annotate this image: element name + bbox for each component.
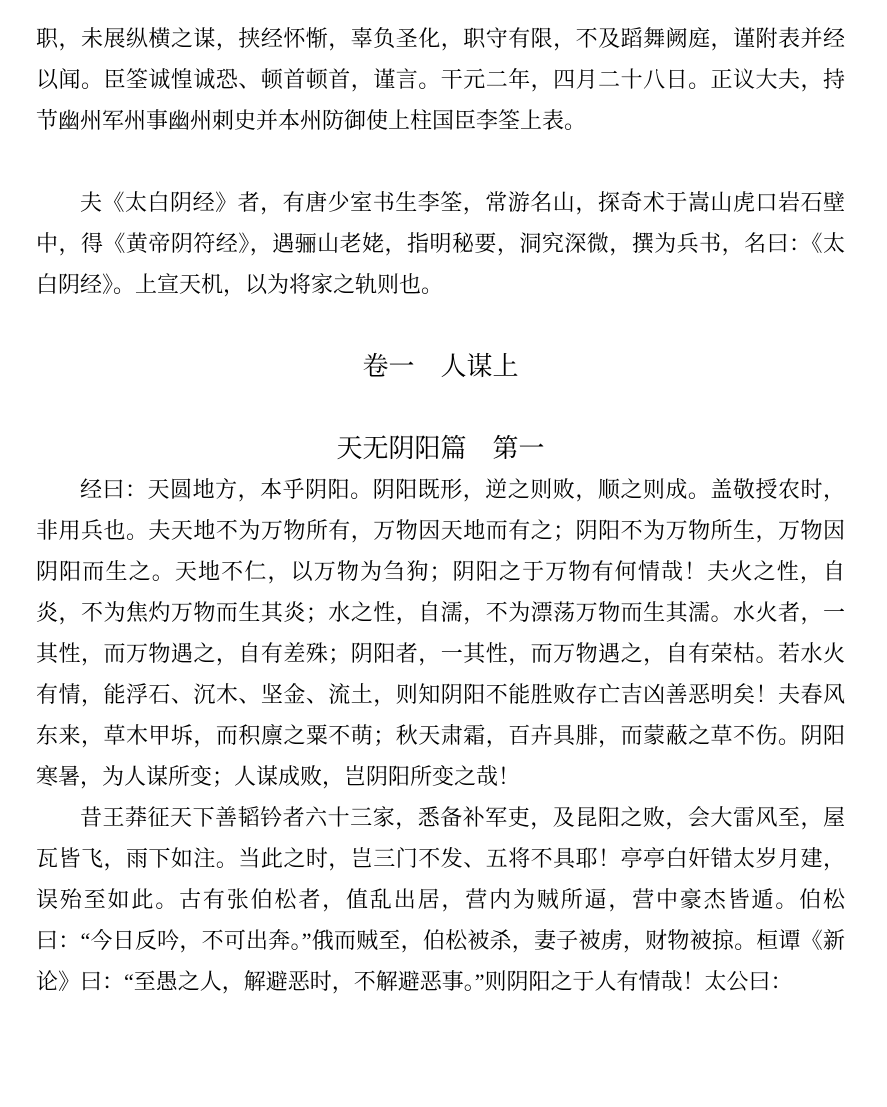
body-paragraph: 职，未展纵横之谋，挟经怀惭，辜负圣化，职守有限，不及蹈舞阙庭，谨附表并经以闻。臣… (36, 18, 845, 141)
body-paragraph: 经曰：天圆地方，本乎阴阳。阴阳既形，逆之则败，顺之则成。盖敬授农时，非用兵也。夫… (36, 469, 845, 797)
section-heading: 天无阴阳篇 第一 (36, 428, 845, 469)
body-paragraph: 夫《太白阴经》者，有唐少室书生李筌，常游名山，探奇术于嵩山虎口岩石壁中，得《黄帝… (36, 182, 845, 305)
body-paragraph: 昔王莽征天下善韬钤者六十三家，悉备补军吏，及昆阳之败，会大雷风至，屋瓦皆飞，雨下… (36, 797, 845, 1002)
section-heading: 卷一 人谋上 (36, 346, 845, 387)
document-page: 职，未展纵横之谋，挟经怀惭，辜负圣化，职守有限，不及蹈舞阙庭，谨附表并经以闻。臣… (0, 0, 887, 1107)
document-body: 职，未展纵横之谋，挟经怀惭，辜负圣化，职守有限，不及蹈舞阙庭，谨附表并经以闻。臣… (36, 18, 845, 1002)
